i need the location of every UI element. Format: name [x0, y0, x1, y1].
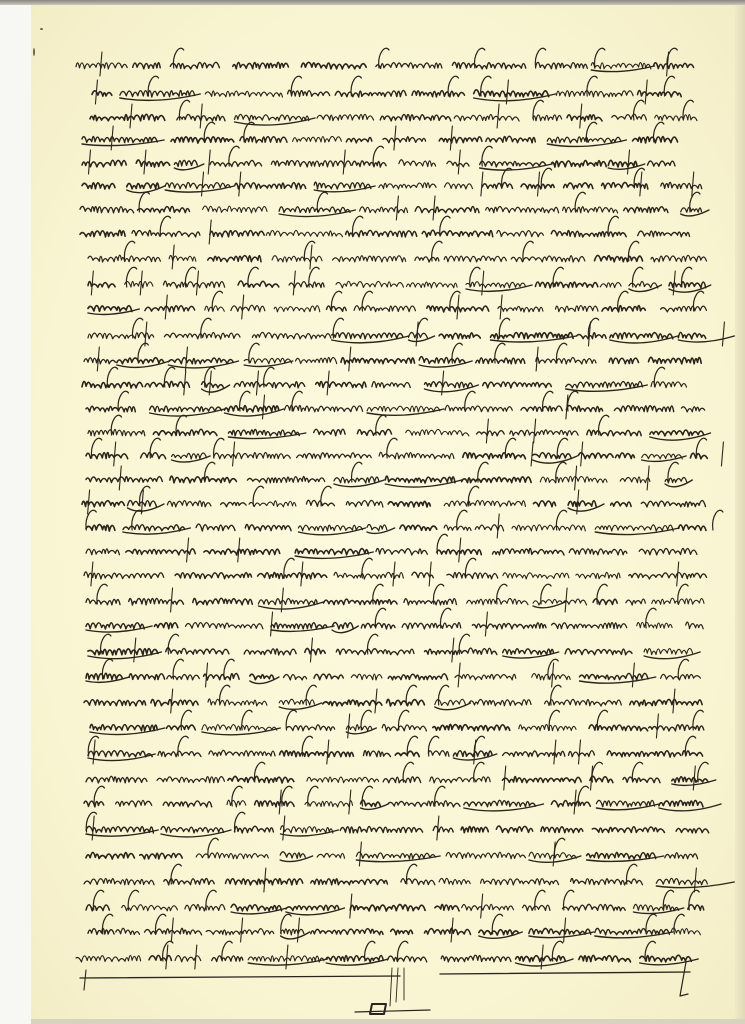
line-transcription: [illegible handwriting line 35]: [86, 890, 87, 891]
line-transcription: [illegible handwriting line 34]: [84, 864, 85, 865]
line-transcription: [illegible handwriting line 26]: [86, 659, 87, 660]
line-transcription: [illegible handwriting line 13]: [84, 343, 85, 344]
line-transcription: [illegible handwriting line 4]: [82, 122, 83, 123]
page-edge-bottom: [31, 1019, 745, 1024]
line-transcription: [illegible handwriting line 31]: [84, 786, 85, 787]
line-transcription: [illegible handwriting line 19]: [82, 486, 83, 487]
handwriting-strokes: [76, 48, 700, 78]
line-transcription: [illegible handwriting line 2]: [92, 76, 93, 77]
speck: [33, 48, 35, 56]
scanner-margin-left: [0, 5, 31, 1024]
line-transcription: [illegible handwriting line 3]: [90, 100, 91, 101]
line-transcription: [illegible handwriting line 6]: [82, 168, 83, 169]
line-transcription: [illegible handwriting line 27]: [84, 685, 85, 686]
line-transcription: [illegible handwriting line 1]: [76, 48, 77, 49]
line-transcription: [illegible handwriting line 28]: [90, 710, 91, 711]
manuscript-line: [illegible handwriting line 11]: [88, 291, 702, 321]
handwriting-strokes: [88, 291, 702, 321]
line-transcription: [illegible handwriting line 8]: [80, 216, 81, 217]
line-transcription: [illegible handwriting line 10]: [88, 267, 89, 268]
line-transcription: [illegible handwriting line 29]: [88, 736, 89, 737]
manuscript-line: [illegible handwriting line 36]: [88, 914, 702, 944]
manuscript-line: [illegible handwriting line 1]: [76, 48, 700, 78]
line-transcription: [illegible handwriting line 22]: [84, 558, 85, 559]
line-transcription: [illegible handwriting line 36]: [88, 914, 89, 915]
page-edge-right: [735, 5, 745, 1024]
manuscript-line: [illegible handwriting line 37]: [76, 941, 692, 971]
line-transcription: [illegible handwriting line 14]: [82, 367, 83, 368]
line-transcription: [illegible handwriting line 23]: [86, 584, 87, 585]
line-transcription: [illegible handwriting line 20]: [86, 510, 87, 511]
handwriting-strokes: [76, 941, 692, 971]
line-transcription: [illegible handwriting line 21]: [86, 534, 87, 535]
line-transcription: [illegible handwriting line 37]: [76, 941, 77, 942]
line-transcription: [illegible handwriting line 12]: [88, 318, 89, 319]
line-transcription: [illegible handwriting line 33]: [86, 838, 87, 839]
handwriting-strokes: [88, 914, 702, 944]
line-transcription: [illegible handwriting line 5]: [82, 146, 83, 147]
line-transcription: [illegible handwriting line 24]: [86, 608, 87, 609]
line-transcription: [illegible handwriting line 18]: [86, 462, 87, 463]
line-transcription: [illegible handwriting line 7]: [80, 192, 81, 193]
speck: [40, 28, 43, 30]
line-transcription: [illegible handwriting line 16]: [88, 415, 89, 416]
line-transcription: [illegible handwriting line 30]: [86, 762, 87, 763]
line-transcription: [illegible handwriting line 9]: [88, 241, 89, 242]
line-transcription: [illegible handwriting line 32]: [86, 812, 87, 813]
line-transcription: [illegible handwriting line 17]: [86, 438, 87, 439]
line-transcription: [illegible handwriting line 15]: [86, 391, 87, 392]
line-transcription: [illegible handwriting line 11]: [88, 291, 89, 292]
line-transcription: [illegible handwriting line 25]: [88, 634, 89, 635]
